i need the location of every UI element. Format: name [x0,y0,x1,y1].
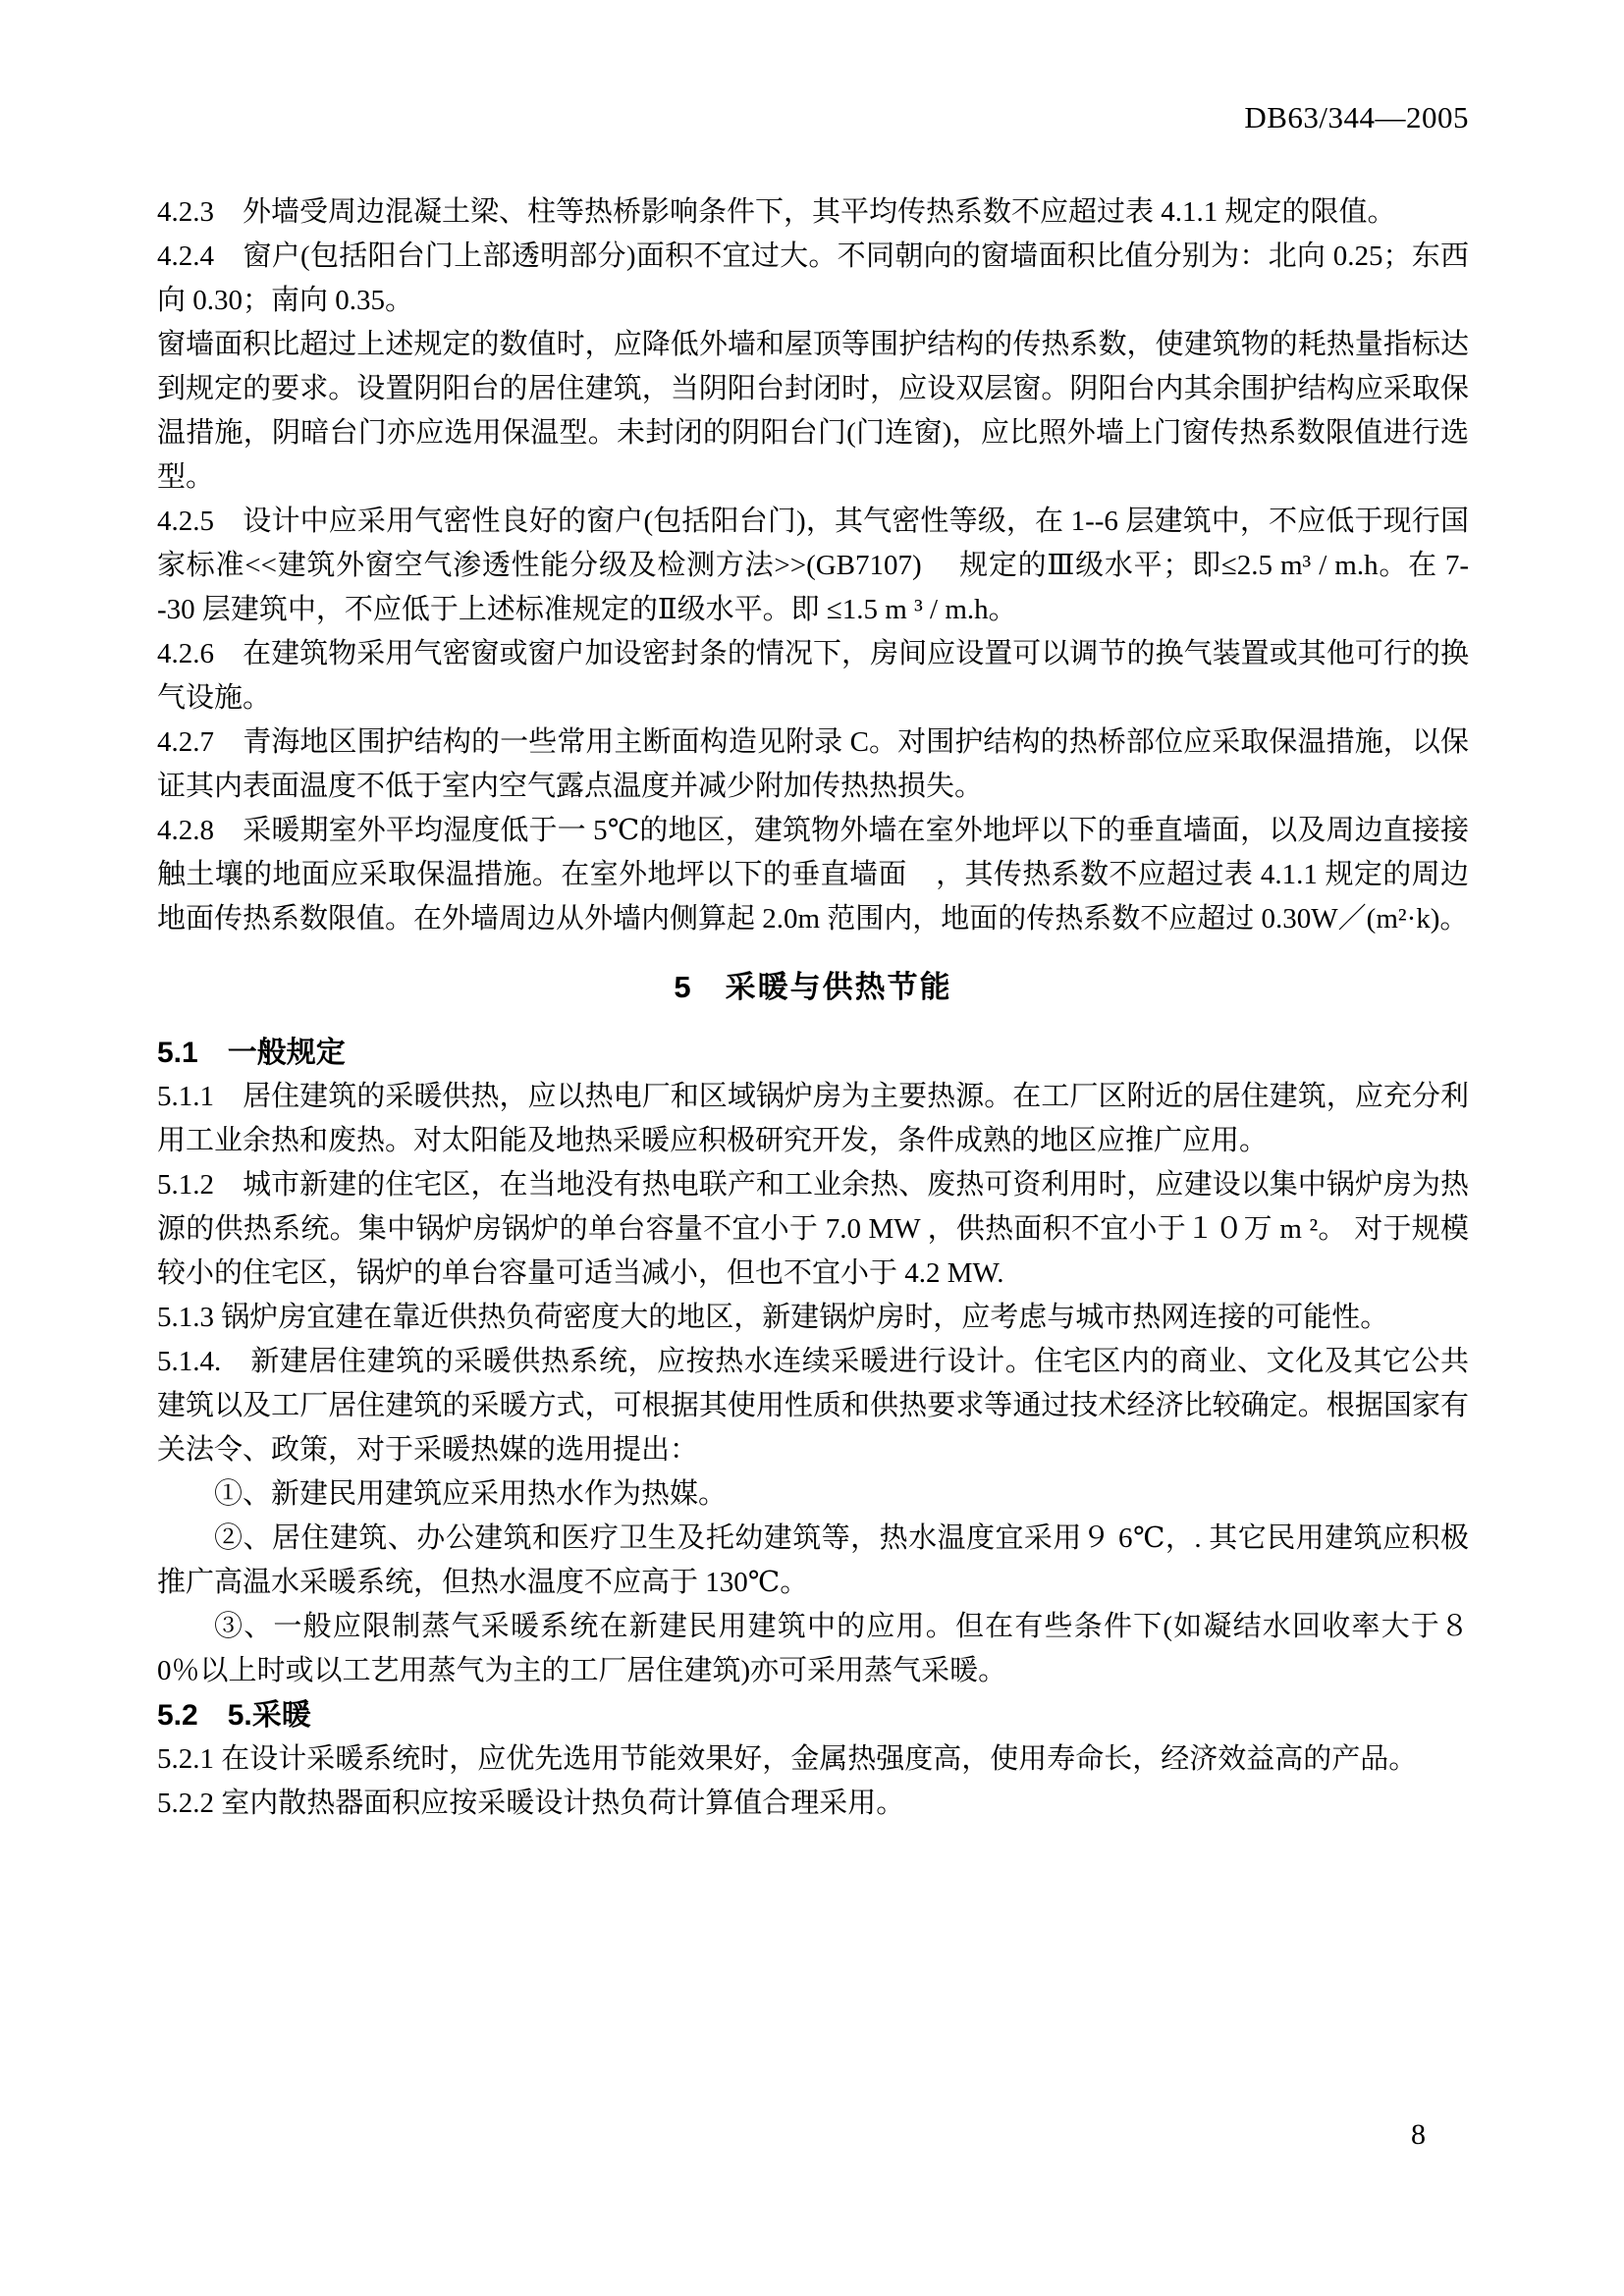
clause-4-2-7: 4.2.7 青海地区围护结构的一些常用主断面构造见附录 C。对围护结构的热桥部位… [157,721,1469,809]
clause-5-1-4: 5.1.4. 新建居住建筑的采暖供热系统，应按热水连续采暖进行设计。住宅区内的商… [157,1340,1469,1472]
clause-5-1-3: 5.1.3 锅炉房宜建在靠近供热负荷密度大的地区，新建锅炉房时，应考虑与城市热网… [157,1296,1469,1340]
clause-5-2-2: 5.2.2 室内散热器面积应按采暖设计热负荷计算值合理采用。 [157,1782,1469,1826]
document-body: 4.2.3 外墙受周边混凝土梁、柱等热桥影响条件下，其平均传热系数不应超过表 4… [157,190,1469,1826]
clause-4-2-3: 4.2.3 外墙受周边混凝土梁、柱等热桥影响条件下，其平均传热系数不应超过表 4… [157,190,1469,235]
clause-4-2-4: 4.2.4 窗户(包括阳台门上部透明部分)面积不宜过大。不同朝向的窗墙面积比值分… [157,235,1469,323]
clause-5-1-1: 5.1.1 居住建筑的采暖供热，应以热电厂和区域锅炉房为主要热源。在工厂区附近的… [157,1075,1469,1163]
page-number: 8 [1411,2118,1426,2152]
chapter-5-heading: 5 采暖与供热节能 [157,965,1469,1009]
document-page: DB63/344—2005 4.2.3 外墙受周边混凝土梁、柱等热桥影响条件下，… [0,0,1624,2296]
clause-5-2-1: 5.2.1 在设计采暖系统时，应优先选用节能效果好，金属热强度高，使用寿命长，经… [157,1737,1469,1782]
list-item-3: ③、一般应限制蒸气采暖系统在新建民用建筑中的应用。但在有些条件下(如凝结水回收率… [157,1605,1469,1693]
list-item-2: ②、居住建筑、办公建筑和医疗卫生及托幼建筑等，热水温度宜采用９ 6℃，. 其它民… [157,1517,1469,1605]
section-5-1-heading: 5.1 一般规定 [157,1031,1469,1075]
section-5-2-heading: 5.2 5.采暖 [157,1693,1469,1737]
para-window-wall-ratio: 窗墙面积比超过上述规定的数值时，应降低外墙和屋顶等围护结构的传热系数，使建筑物的… [157,323,1469,500]
list-item-1: ①、新建民用建筑应采用热水作为热媒。 [157,1472,1469,1517]
clause-4-2-5: 4.2.5 设计中应采用气密性良好的窗户(包括阳台门)，其气密性等级，在 1--… [157,500,1469,632]
page-header: DB63/344—2005 [0,0,1624,135]
clause-4-2-6: 4.2.6 在建筑物采用气密窗或窗户加设密封条的情况下，房间应设置可以调节的换气… [157,632,1469,721]
clause-4-2-8: 4.2.8 采暖期室外平均湿度低于一 5℃的地区，建筑物外墙在室外地坪以下的垂直… [157,809,1469,941]
doc-number: DB63/344—2005 [1244,100,1469,134]
clause-5-1-2: 5.1.2 城市新建的住宅区，在当地没有热电联产和工业余热、废热可资利用时，应建… [157,1163,1469,1296]
